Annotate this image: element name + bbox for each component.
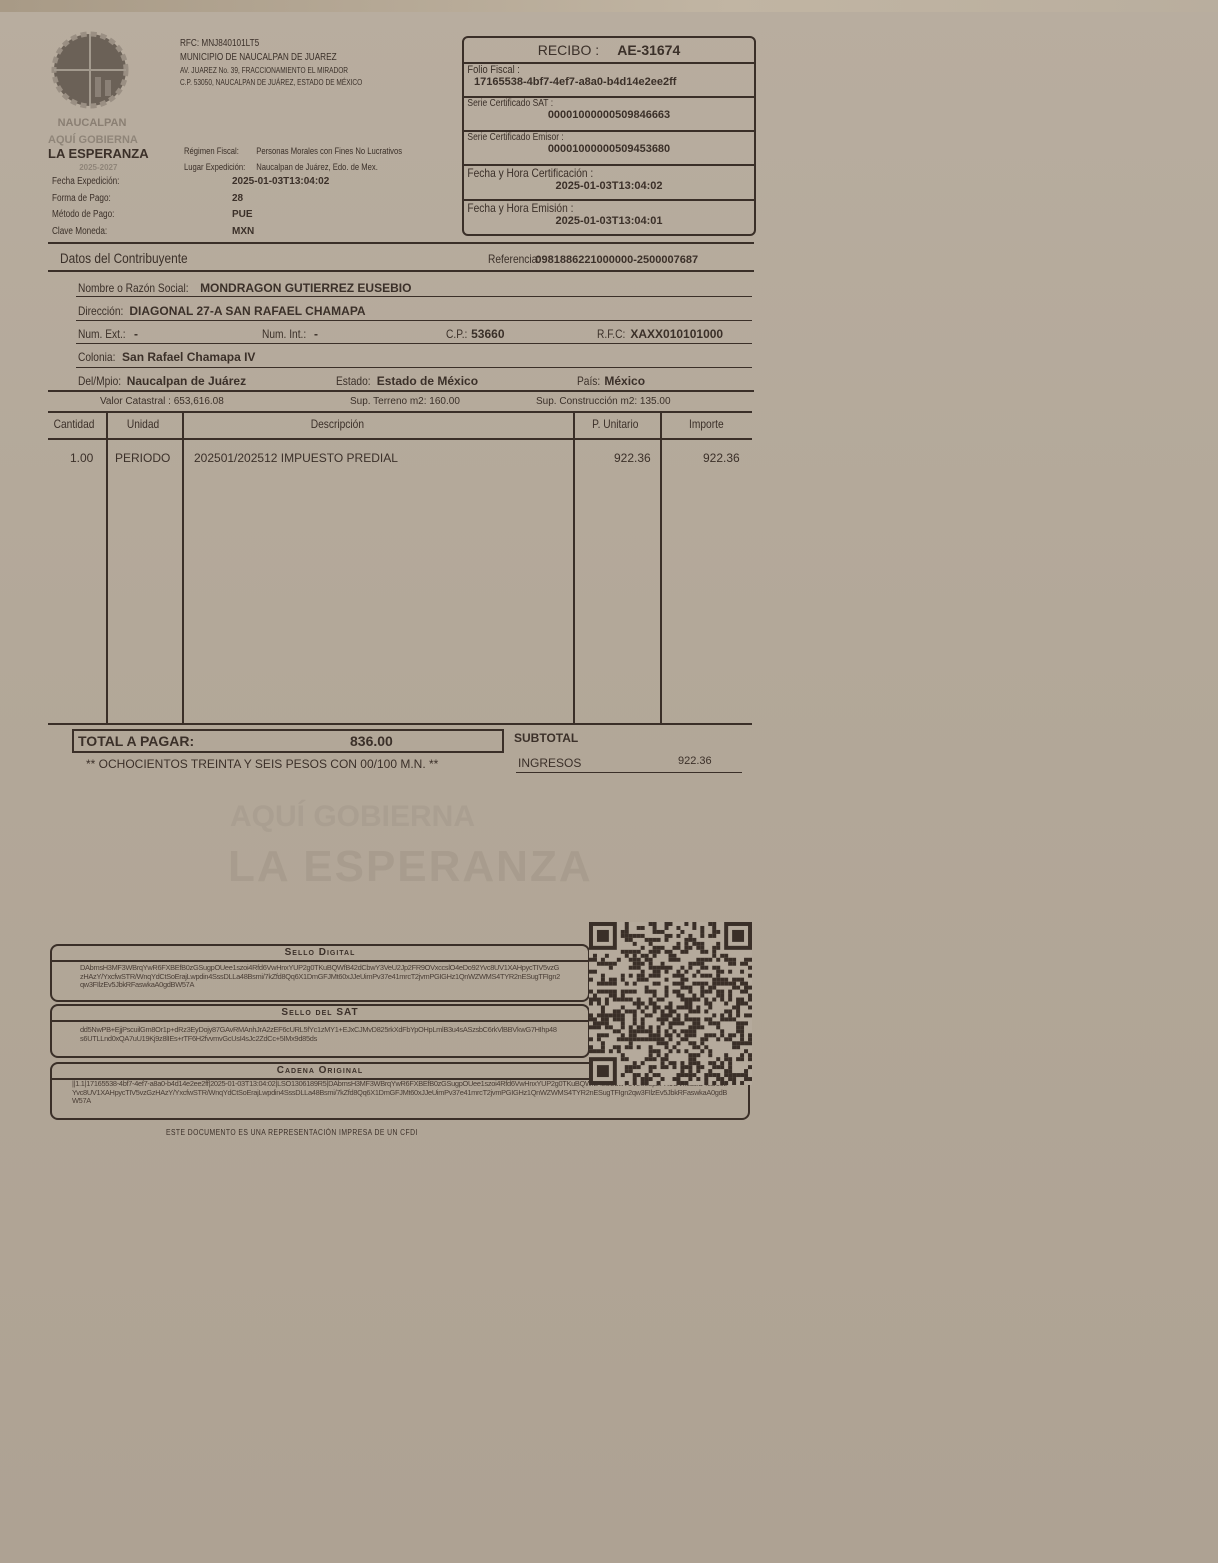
header-importe: Importe [689, 417, 724, 431]
issuer-address1: AV. JUAREZ No. 39, FRACCIONAMIENTO EL MI… [180, 65, 362, 77]
header-unidad: Unidad [127, 417, 159, 431]
clave-moneda: MXN [232, 224, 329, 241]
items-table: Cantidad Unidad Descripción P. Unitario … [48, 411, 752, 725]
sello-sat-title: Sello del SAT [52, 1006, 588, 1022]
cadena-original-text: ||1.1|17165538-4bf7-4ef7-a8a0-b4d14e2ee2… [52, 1080, 748, 1116]
amount-in-words: ** OCHOCIENTOS TREINTA Y SEIS PESOS CON … [86, 757, 438, 771]
header-p-unitario: P. Unitario [592, 417, 638, 431]
row-cantidad: 1.00 [70, 451, 93, 465]
metodo-pago: PUE [232, 207, 329, 224]
divider [516, 772, 742, 773]
header-descripcion: Descripción [311, 417, 364, 431]
total-value: 836.00 [350, 733, 393, 749]
folio-row: Folio Fiscal : 17165538-4bf7-4ef7-a8a0-b… [464, 64, 754, 98]
col-divider [573, 413, 575, 723]
col-divider [106, 413, 108, 723]
divider [76, 320, 752, 321]
nombre-field: Nombre o Razón Social:MONDRAGON GUTIERRE… [78, 281, 411, 295]
divider [48, 242, 754, 244]
watermark-line1: AQUÍ GOBIERNA [230, 800, 475, 834]
regimen-block: Régimen Fiscal:Personas Morales con Fine… [184, 143, 402, 175]
expedition-labels: Fecha Expedición: Forma de Pago: Método … [52, 174, 119, 240]
colonia-field: Colonia:San Rafael Chamapa IV [78, 350, 255, 364]
num-int-field: Num. Int.:- [262, 327, 318, 341]
referencia: Referencia:0981886221000000-2500007687 [488, 252, 698, 266]
rfc-field: R.F.C:XAXX010101000 [597, 327, 723, 341]
section-title: Datos del Contribuyente [60, 250, 210, 266]
fecha-expedicion: 2025-01-03T13:04:02 [232, 174, 329, 191]
header-divider [48, 438, 752, 440]
divider [48, 390, 754, 392]
sello-sat-text: dd5NwPB+EjjPscuilGm8Or1p+dRz3EyDojy87GAv… [52, 1026, 588, 1050]
direccion-field: Dirección:DIAGONAL 27-A SAN RAFAEL CHAMA… [78, 304, 366, 318]
qr-code-icon [589, 922, 752, 1085]
watermark-line2: LA ESPERANZA [228, 842, 593, 892]
row-importe: 922.36 [703, 451, 740, 465]
emision-row: Fecha y Hora Emisión : 2025-01-03T13:04:… [464, 201, 754, 234]
sello-digital-text: DAbmsH3MF3WBrqYwR6FXBEfB0zGSugpOUee1szoi… [52, 964, 588, 994]
forma-pago: 28 [232, 191, 329, 208]
num-ext-field: Num. Ext.:- [78, 327, 138, 341]
sup-construccion: Sup. Construcción m2: 135.00 [536, 396, 671, 407]
receipt-box: RECIBO :AE-31674 Folio Fiscal : 17165538… [462, 36, 756, 236]
mpio-field: Del/Mpio:Naucalpan de Juárez [78, 374, 246, 388]
subtotal-label: SUBTOTAL [514, 731, 578, 745]
divider [48, 270, 754, 272]
paper-top-edge [0, 0, 1218, 12]
divider [76, 296, 752, 297]
row-unidad: PERIODO [115, 451, 170, 465]
total-label: TOTAL A PAGAR: [78, 733, 194, 749]
divider [76, 367, 752, 368]
cfdi-footer: ESTE DOCUMENTO ES UNA REPRESENTACIÓN IMP… [166, 1128, 418, 1137]
sup-terreno: Sup. Terreno m2: 160.00 [350, 396, 460, 407]
valor-catastral: Valor Catastral : 653,616.08 [100, 396, 224, 407]
serie-emisor-row: Serie Certificado Emisor : 0000100000050… [464, 132, 754, 166]
estado-field: Estado:Estado de México [336, 374, 478, 388]
divider [76, 343, 752, 344]
row-p-unitario: 922.36 [614, 451, 651, 465]
svg-text:NAUCALPAN: NAUCALPAN [58, 117, 127, 129]
recibo-row: RECIBO :AE-31674 [464, 38, 754, 64]
issuer-rfc: RFC: MNJ840101LT5 [180, 37, 362, 51]
naucalpan-logo-icon: NAUCALPAN [40, 22, 145, 132]
sello-digital-box: Sello Digital DAbmsH3MF3WBrqYwR6FXBEfB0z… [50, 944, 590, 1002]
serie-sat-row: Serie Certificado SAT : 0000100000050984… [464, 98, 754, 132]
sello-sat-box: Sello del SAT dd5NwPB+EjjPscuilGm8Or1p+d… [50, 1004, 590, 1058]
header-cantidad: Cantidad [54, 417, 95, 431]
issuer-address2: C.P. 53050, NAUCALPAN DE JUÁREZ, ESTADO … [180, 77, 362, 89]
issuer-block: RFC: MNJ840101LT5 MUNICIPIO DE NAUCALPAN… [180, 37, 362, 89]
col-divider [660, 413, 662, 723]
slogan: AQUÍ GOBIERNA LA ESPERANZA 2025-2027 [48, 133, 149, 175]
cp-field: C.P.:53660 [446, 327, 505, 341]
recibo-number: AE-31674 [617, 42, 680, 58]
col-divider [182, 413, 184, 723]
issuer-name: MUNICIPIO DE NAUCALPAN DE JUAREZ [180, 51, 362, 65]
ingresos-value: 922.36 [678, 755, 712, 767]
total-box: TOTAL A PAGAR: 836.00 [72, 729, 504, 753]
pais-field: País:México [577, 374, 645, 388]
row-descripcion: 202501/202512 IMPUESTO PREDIAL [194, 451, 398, 465]
expedition-values: 2025-01-03T13:04:02 28 PUE MXN [232, 174, 329, 240]
ingresos-label: INGRESOS [518, 756, 581, 770]
certificacion-row: Fecha y Hora Certificación : 2025-01-03T… [464, 166, 754, 201]
sello-digital-title: Sello Digital [52, 946, 588, 962]
